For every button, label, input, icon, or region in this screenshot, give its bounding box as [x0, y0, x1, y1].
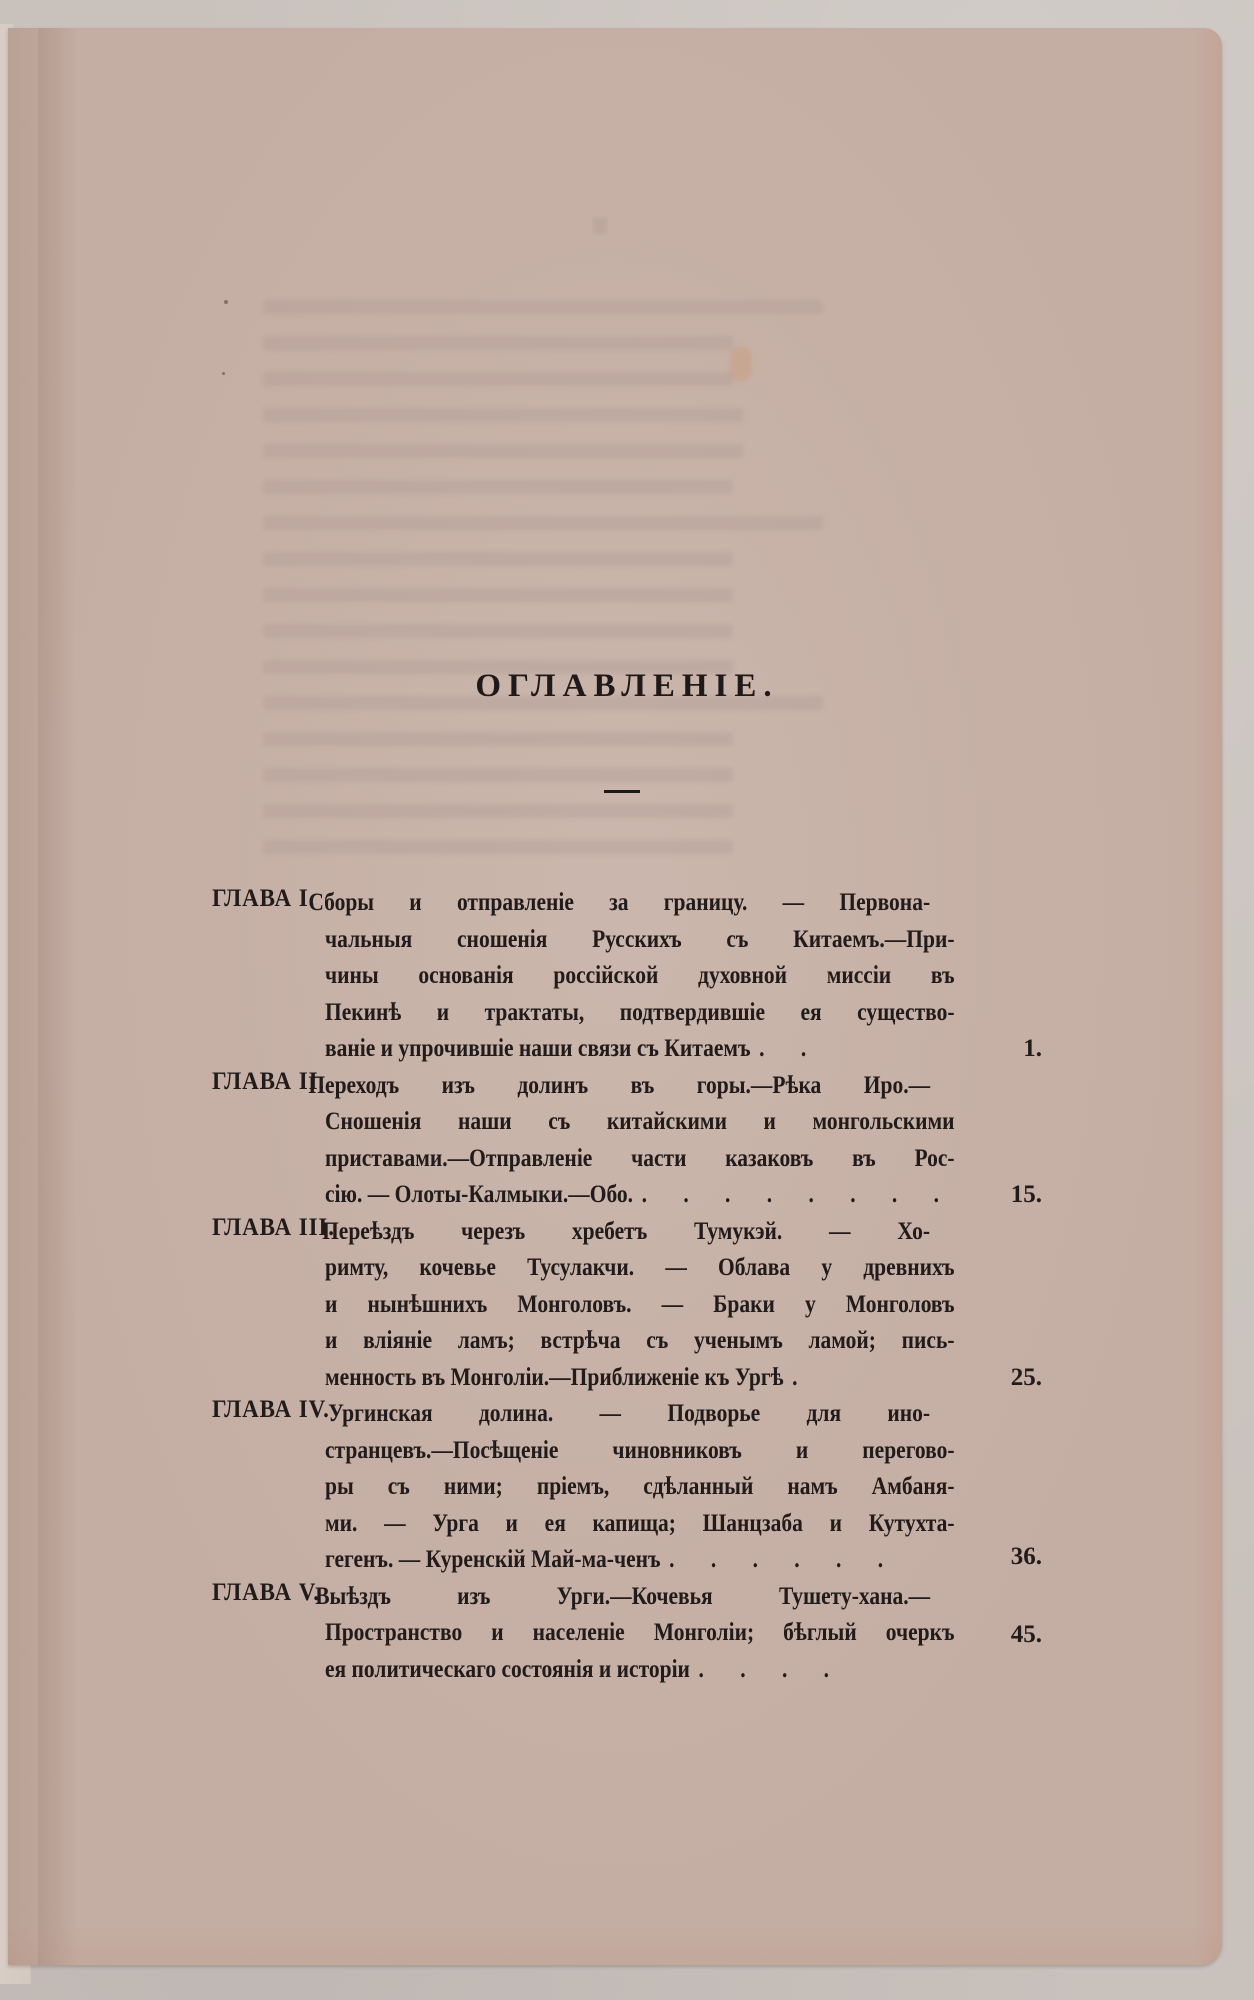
entry-line: чальныя сношенія Русскихъ съ Китаемъ.—Пр…	[325, 922, 955, 959]
entry-line: ры съ ними; пріемъ, сдѣланный намъ Амбан…	[325, 1469, 955, 1506]
entry-line: Переходъ изъ долинъ въ горы.—Рѣка Иро.—	[212, 1068, 930, 1105]
entry-line-last: ея политическаго состоянія и исторіи. . …	[325, 1652, 955, 1689]
show-through-line	[263, 552, 733, 566]
gutter-shadow	[38, 28, 78, 1965]
entry-line-text: менность въ Монголіи.—Приближеніе къ Ург…	[325, 1364, 783, 1391]
dot-leader: . .	[759, 1035, 822, 1062]
entry-line-text: ваніе и упрочившіе наши связи съ Китаемъ	[325, 1035, 751, 1062]
table-of-contents: ГЛАВА I. Сборы и отправленіе за границу.…	[212, 885, 1042, 1688]
show-through-line	[263, 804, 733, 818]
paper-speck	[224, 300, 228, 304]
show-through-line	[263, 444, 743, 458]
show-through-line	[263, 588, 733, 602]
entry-line: странцевъ.—Посѣщеніе чиновниковъ и перег…	[325, 1433, 955, 1470]
entry-line: Ургинская долина. — Подворье для ино-	[212, 1396, 930, 1433]
entry-line-text: ея политическаго состоянія и исторіи	[325, 1656, 690, 1683]
entry-line-last: менность въ Монголіи.—Приближеніе къ Ург…	[325, 1360, 955, 1397]
show-through-line	[263, 840, 733, 854]
page-number: 25.	[972, 1360, 1042, 1397]
entry-line: Сборы и отправленіе за границу. — Первон…	[212, 885, 930, 922]
entry-line: римту, кочевье Тусулакчи. — Облава у дре…	[325, 1250, 955, 1287]
toc-entry-chapter-5[interactable]: ГЛАВА V. Выѣздъ изъ Урги.—Кочевья Тушету…	[212, 1579, 1042, 1689]
toc-entry-chapter-4[interactable]: ГЛАВА IV. Ургинская долина. — Подворье д…	[212, 1396, 1042, 1579]
page-number: 15.	[972, 1177, 1042, 1214]
toc-entry-chapter-2[interactable]: ГЛАВА II. Переходъ изъ долинъ въ горы.—Р…	[212, 1068, 1042, 1214]
show-through-line	[263, 480, 733, 494]
title-rule	[604, 790, 640, 793]
entry-line: Выѣздъ изъ Урги.—Кочевья Тушету-хана.—	[212, 1579, 930, 1616]
entry-line-text: гегенъ. — Куренскій Май-ма-ченъ	[325, 1546, 661, 1573]
show-through-line	[263, 624, 733, 638]
toc-entry-chapter-1[interactable]: ГЛАВА I. Сборы и отправленіе за границу.…	[212, 885, 1042, 1068]
entry-line: Пространство и населеніе Монголіи; бѣглы…	[325, 1615, 955, 1652]
dot-leader: . . . . . .	[669, 1546, 898, 1573]
entry-line: чины основанія россійской духовной миссі…	[325, 958, 955, 995]
dot-leader: . . . .	[699, 1656, 845, 1683]
paper-speck	[222, 372, 225, 375]
entry-line-last: сію. — Олоты-Калмыки.—Обо.. . . . . . . …	[325, 1177, 955, 1214]
page-number: 1.	[972, 1031, 1042, 1068]
entry-line: Пекинѣ и трактаты, подтвердившіе ея суще…	[325, 995, 955, 1032]
dot-leader: .	[792, 1364, 813, 1391]
entry-line-last: ваніе и упрочившіе наши связи съ Китаемъ…	[325, 1031, 955, 1068]
page-number: 36.	[972, 1539, 1042, 1576]
toc-entry-chapter-3[interactable]: ГЛАВА III. Переѣздъ черезъ хребетъ Тумук…	[212, 1214, 1042, 1397]
show-through-line	[263, 300, 823, 314]
entry-line-text: сію. — Олоты-Калмыки.—Обо.	[325, 1181, 633, 1208]
dot-leader: . . . . . . . .	[642, 1181, 955, 1208]
entry-line: приставами.—Отправленіе части казаковъ в…	[325, 1141, 955, 1178]
page-title: ОГЛАВЛЕНІЕ.	[0, 668, 1254, 705]
show-through-page-number	[593, 218, 607, 234]
entry-line: и вліяніе ламъ; встрѣча съ ученымъ ламой…	[325, 1323, 955, 1360]
entry-line-last: гегенъ. — Куренскій Май-ма-ченъ. . . . .…	[325, 1542, 955, 1579]
show-through-line	[263, 408, 743, 422]
show-through-line	[263, 732, 733, 746]
show-through-line	[263, 372, 733, 386]
show-through-line	[263, 336, 733, 350]
show-through-line	[263, 516, 823, 530]
paper-stain	[730, 346, 752, 382]
show-through-line	[263, 768, 733, 782]
page-number: 45.	[972, 1617, 1042, 1654]
entry-line: ми. — Урга и ея капища; Шанцзаба и Кутух…	[325, 1506, 955, 1543]
entry-line: Переѣздъ черезъ хребетъ Тумукэй. — Хо-	[212, 1214, 930, 1251]
entry-line: и нынѣшнихъ Монголовъ. — Браки у Монголо…	[325, 1287, 955, 1324]
entry-line: Сношенія наши съ китайскими и монгольски…	[325, 1104, 955, 1141]
